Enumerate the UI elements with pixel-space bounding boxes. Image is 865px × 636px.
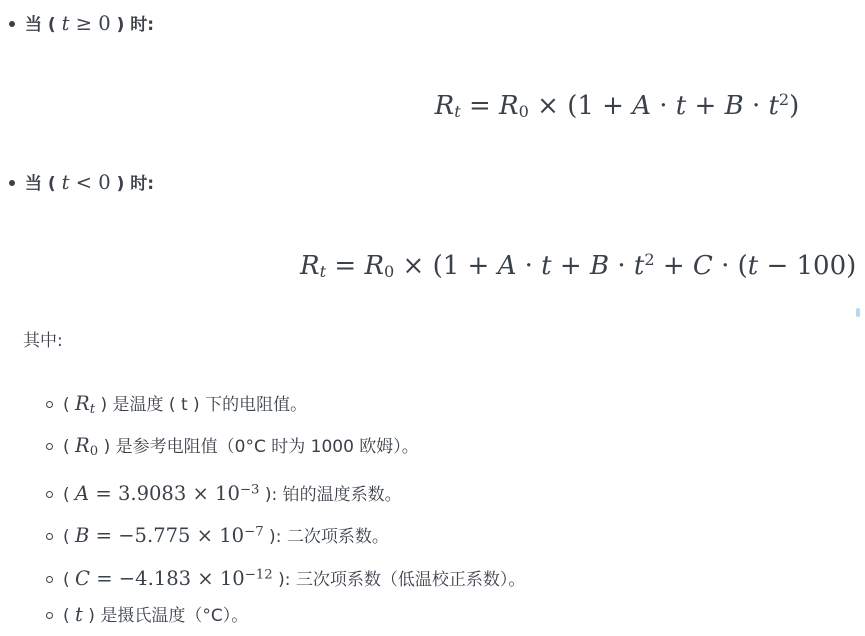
list-item-coefficient-a: ( A = 3.9083 × 10−3 ): 铂的温度系数。 bbox=[46, 477, 402, 508]
list-item-coefficient-a-text: ( A = 3.9083 × 10−3 ): 铂的温度系数。 bbox=[63, 485, 402, 505]
condition-t-positive-heading: 当 ( t ≥ 0 ) 时: bbox=[25, 11, 154, 38]
list-item-rt: ( Rt ) 是温度 ( t ) 下的电阻值。 bbox=[46, 391, 307, 423]
formula-t-negative: Rt = R0 × (1 + A · t + B · t2 + C · (t −… bbox=[300, 244, 865, 288]
scrollbar-thumb[interactable] bbox=[856, 308, 860, 317]
circle-bullet-icon bbox=[46, 576, 53, 583]
list-item-r0-text: ( R0 ) 是参考电阻值（0°C 时为 1000 欧姆）。 bbox=[63, 437, 419, 457]
bullet-icon bbox=[9, 180, 15, 186]
list-item-t-text: ( t ) 是摄氏温度（°C）。 bbox=[63, 606, 248, 626]
formula-t-positive: Rt = R0 × (1 + A · t + B · t2) bbox=[435, 84, 800, 128]
circle-bullet-icon bbox=[46, 491, 53, 498]
list-item-t: ( t ) 是摄氏温度（°C）。 bbox=[46, 602, 248, 629]
list-item-coefficient-c-text: ( C = −4.183 × 10−12 ): 三次项系数（低温校正系数）。 bbox=[63, 570, 525, 590]
list-item-coefficient-b: ( B = −5.775 × 10−7 ): 二次项系数。 bbox=[46, 519, 389, 550]
circle-bullet-icon bbox=[46, 401, 53, 408]
condition-t-negative-heading: 当 ( t < 0 ) 时: bbox=[25, 170, 154, 197]
circle-bullet-icon bbox=[46, 533, 53, 540]
list-item-coefficient-b-text: ( B = −5.775 × 10−7 ): 二次项系数。 bbox=[63, 527, 389, 547]
where-label: 其中: bbox=[23, 329, 63, 353]
circle-bullet-icon bbox=[46, 443, 53, 450]
circle-bullet-icon bbox=[46, 612, 53, 619]
list-item-rt-text: ( Rt ) 是温度 ( t ) 下的电阻值。 bbox=[63, 395, 307, 415]
list-item-coefficient-c: ( C = −4.183 × 10−12 ): 三次项系数（低温校正系数）。 bbox=[46, 562, 525, 593]
list-item-r0: ( R0 ) 是参考电阻值（0°C 时为 1000 欧姆）。 bbox=[46, 433, 419, 465]
bullet-icon bbox=[9, 21, 15, 27]
